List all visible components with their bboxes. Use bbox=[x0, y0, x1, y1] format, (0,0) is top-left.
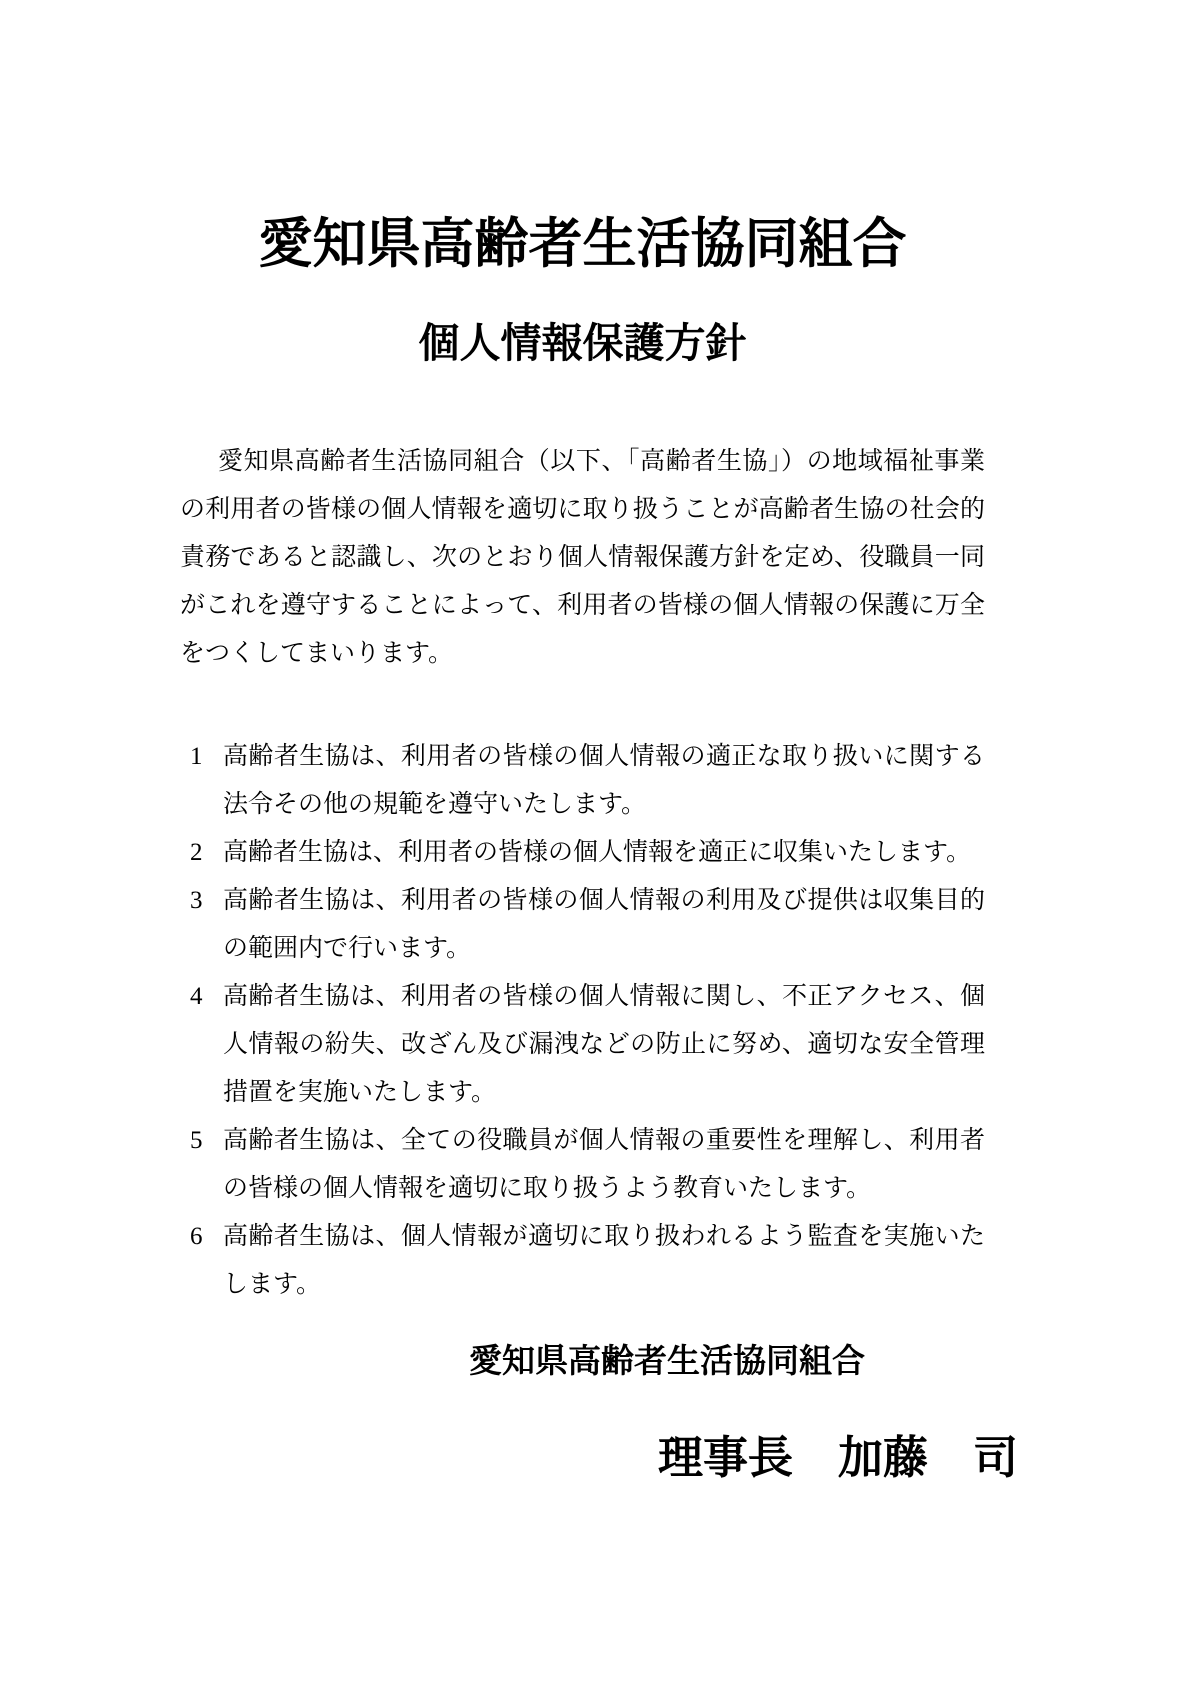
item-text: 高齢者生協は、個人情報が適切に取り扱われるよう監査を実施いたします。 bbox=[223, 1223, 985, 1298]
list-item: 4 高齢者生協は、利用者の皆様の個人情報に関し、不正アクセス、個人情報の紛失、改… bbox=[180, 973, 985, 1117]
list-item: 5 高齢者生協は、全ての役職員が個人情報の重要性を理解し、利用者の皆様の個人情報… bbox=[180, 1117, 985, 1213]
document-title: 愛知県高齢者生活協同組合 bbox=[180, 216, 985, 272]
item-number: 4 bbox=[190, 973, 220, 1021]
intro-paragraph: 愛知県高齢者生活協同組合（以下、「高齢者生協」）の地域福祉事業の利用者の皆様の個… bbox=[180, 438, 985, 678]
item-number: 5 bbox=[190, 1117, 220, 1165]
signature-representative: 理事長 加藤 司 bbox=[180, 1430, 1018, 1486]
item-number: 3 bbox=[190, 877, 220, 925]
item-number: 6 bbox=[190, 1213, 220, 1261]
list-item: 1 高齢者生協は、利用者の皆様の個人情報の適正な取り扱いに関する法令その他の規範… bbox=[180, 733, 985, 829]
signature-organization: 愛知県高齢者生活協同組合 bbox=[180, 1340, 985, 1384]
item-text: 高齢者生協は、全ての役職員が個人情報の重要性を理解し、利用者の皆様の個人情報を適… bbox=[223, 1127, 985, 1202]
item-text: 高齢者生協は、利用者の皆様の個人情報の適正な取り扱いに関する法令その他の規範を遵… bbox=[223, 743, 985, 818]
list-item: 3 高齢者生協は、利用者の皆様の個人情報の利用及び提供は収集目的の範囲内で行いま… bbox=[180, 877, 985, 973]
item-number: 2 bbox=[190, 829, 220, 877]
list-item: 6 高齢者生協は、個人情報が適切に取り扱われるよう監査を実施いたします。 bbox=[180, 1213, 985, 1309]
item-text: 高齢者生協は、利用者の皆様の個人情報を適正に収集いたします。 bbox=[223, 839, 971, 866]
item-text: 高齢者生協は、利用者の皆様の個人情報に関し、不正アクセス、個人情報の紛失、改ざん… bbox=[223, 983, 985, 1106]
policy-list: 1 高齢者生協は、利用者の皆様の個人情報の適正な取り扱いに関する法令その他の規範… bbox=[180, 733, 985, 1309]
item-number: 1 bbox=[190, 733, 220, 781]
document-body: 愛知県高齢者生活協同組合 個人情報保護方針 愛知県高齢者生活協同組合（以下、「高… bbox=[0, 0, 1191, 1486]
item-text: 高齢者生協は、利用者の皆様の個人情報の利用及び提供は収集目的の範囲内で行います。 bbox=[223, 887, 985, 962]
list-item: 2 高齢者生協は、利用者の皆様の個人情報を適正に収集いたします。 bbox=[180, 829, 985, 877]
document-page: 愛知県高齢者生活協同組合 個人情報保護方針 愛知県高齢者生活協同組合（以下、「高… bbox=[0, 0, 1191, 1684]
document-subtitle: 個人情報保護方針 bbox=[180, 320, 985, 366]
